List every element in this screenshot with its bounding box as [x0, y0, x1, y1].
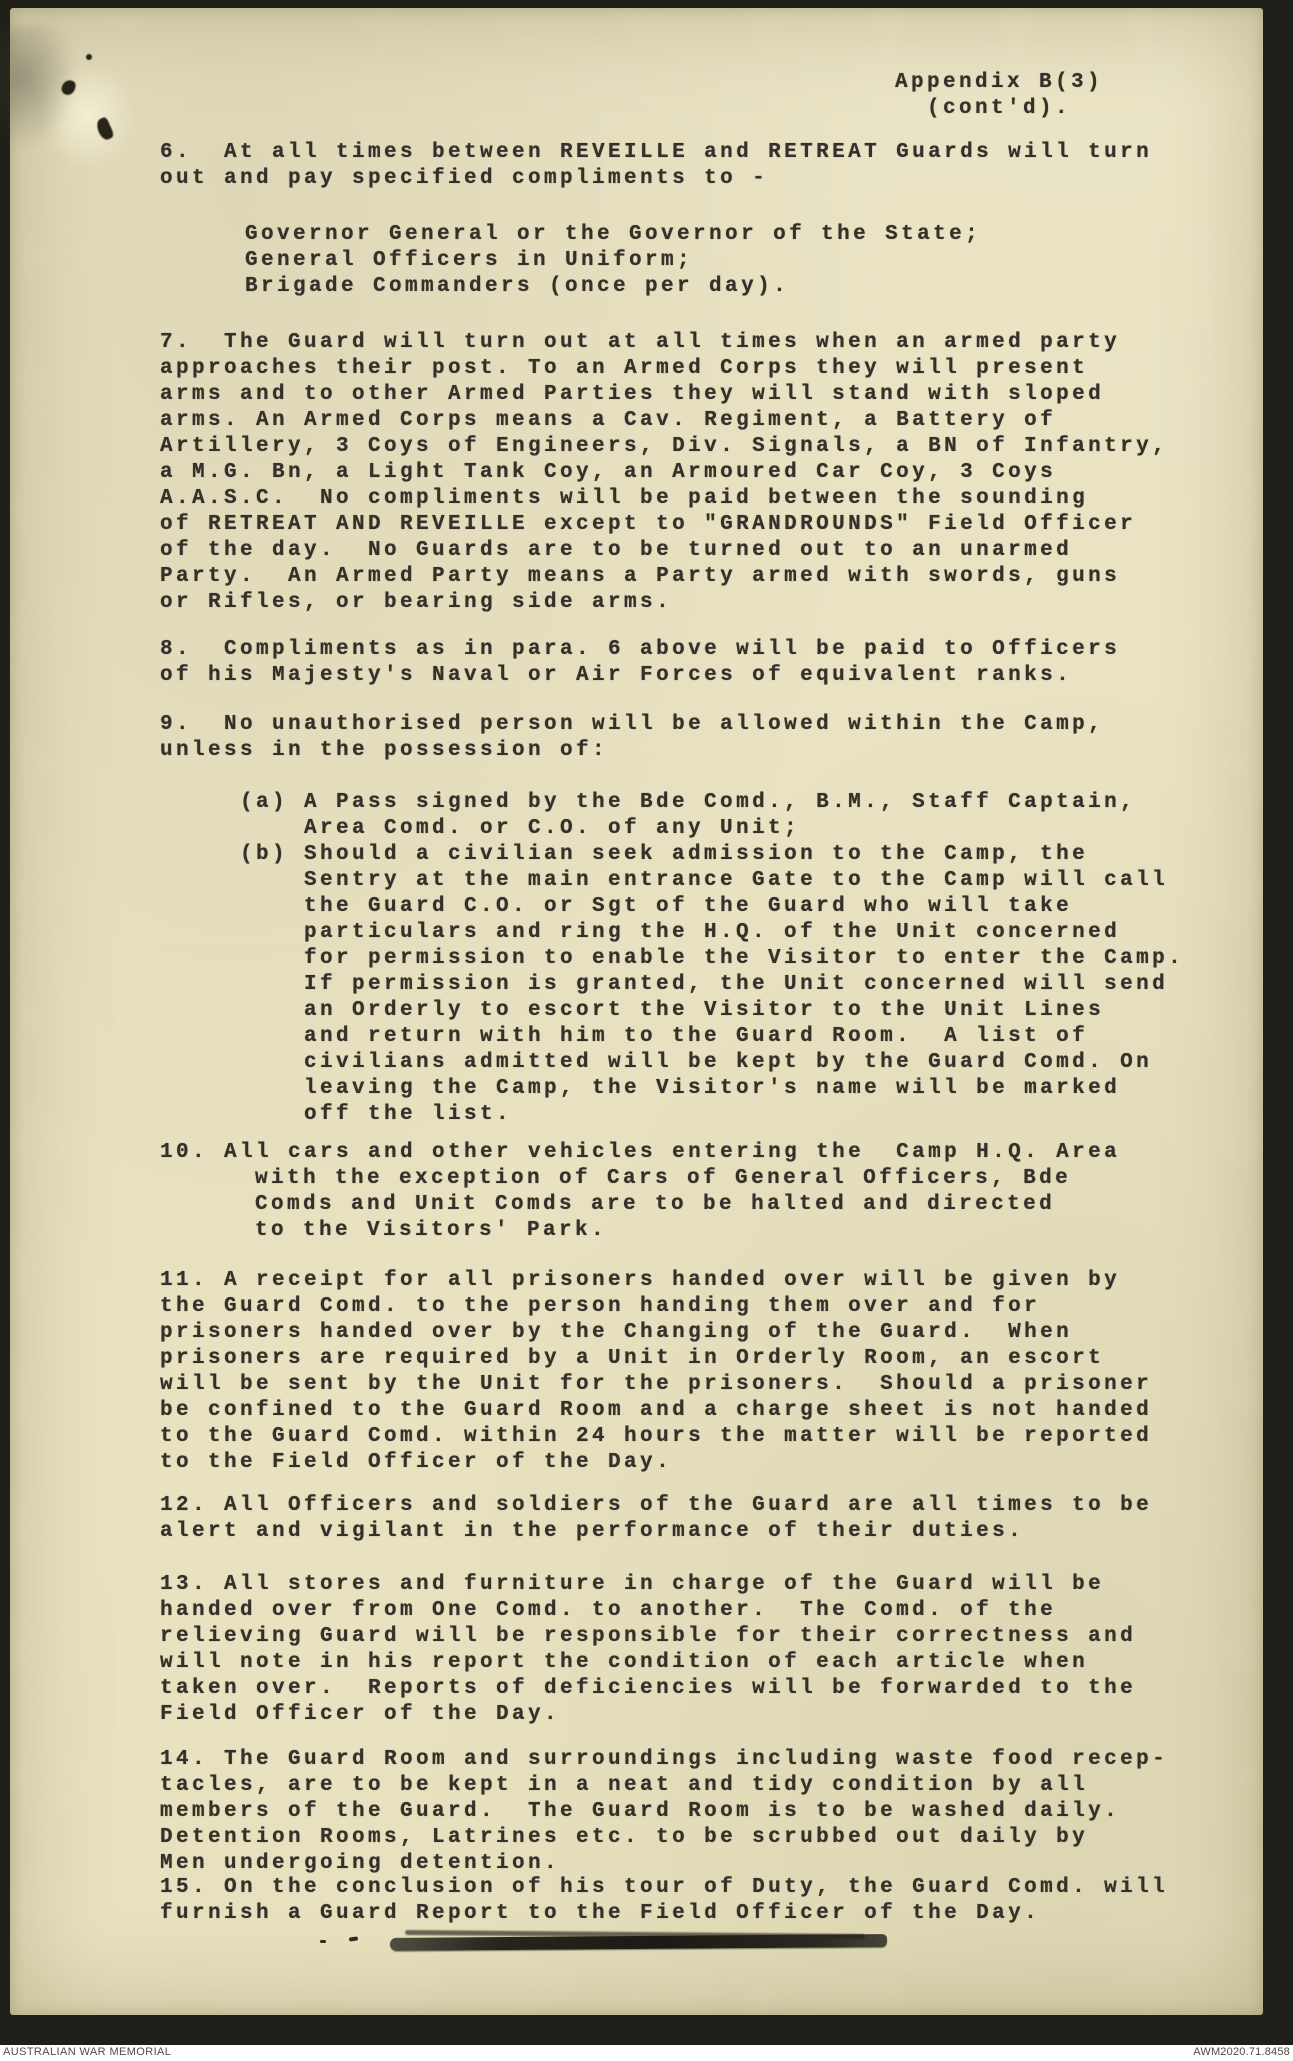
- paragraph-9-item-a: (a) A Pass signed by the Bde Comd., B.M.…: [240, 790, 1264, 842]
- ink-underline: [390, 1934, 887, 1951]
- paragraph-9: 9. No unauthorised person will be allowe…: [160, 712, 1200, 764]
- archive-name: AUSTRALIAN WAR MEMORIAL: [3, 2046, 171, 2058]
- paragraph-14: 14. The Guard Room and surroundings incl…: [160, 1747, 1200, 1877]
- archive-reference: AWM2020.71.8458: [1193, 2046, 1290, 2058]
- paragraph-15: 15. On the conclusion of his tour of Dut…: [160, 1875, 1200, 1927]
- paragraph-9-item-b: (b) Should a civilian seek admission to …: [240, 842, 1264, 1128]
- compliments-list: Governor General or the Governor of the …: [245, 222, 1185, 300]
- paragraph-11: 11. A receipt for all prisoners handed o…: [160, 1268, 1200, 1476]
- ink-tick: [349, 1936, 358, 1941]
- paragraph-13: 13. All stores and furniture in charge o…: [160, 1572, 1200, 1728]
- paragraph-12: 12. All Officers and soldiers of the Gua…: [160, 1493, 1200, 1545]
- scanned-document: Appendix B(3) (cont'd). 6. At all times …: [0, 0, 1293, 2061]
- paragraph-8: 8. Compliments as in para. 6 above will …: [160, 637, 1200, 689]
- appendix-heading: Appendix B(3) (cont'd).: [895, 70, 1103, 122]
- damage-spot: [86, 54, 92, 60]
- paragraph-6: 6. At all times between REVEILLE and RET…: [160, 140, 1200, 192]
- paragraph-10: 10. All cars and other vehicles entering…: [160, 1140, 1293, 1244]
- ink-tick: [320, 1940, 326, 1943]
- paper-sheet: Appendix B(3) (cont'd). 6. At all times …: [10, 8, 1263, 2015]
- paragraph-7: 7. The Guard will turn out at all times …: [160, 330, 1200, 616]
- archive-footer: AUSTRALIAN WAR MEMORIAL AWM2020.71.8458: [0, 2045, 1293, 2061]
